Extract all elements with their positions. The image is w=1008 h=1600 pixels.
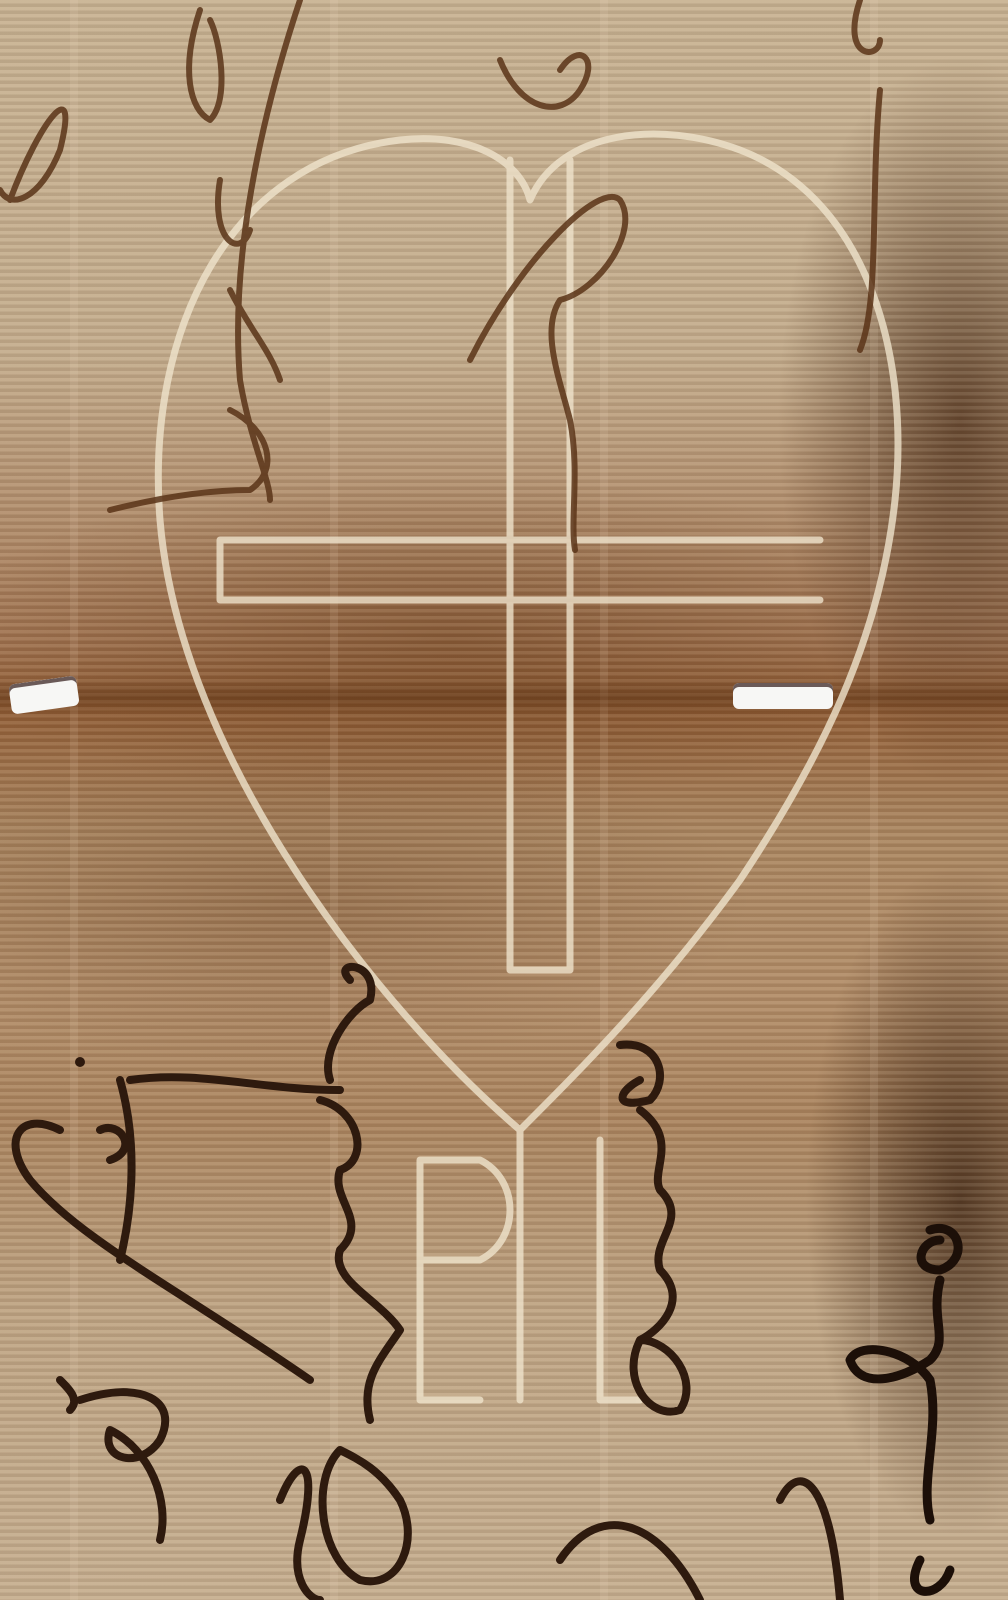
handwriting-ink	[0, 0, 1008, 1600]
paper-photograph	[0, 0, 1008, 1600]
